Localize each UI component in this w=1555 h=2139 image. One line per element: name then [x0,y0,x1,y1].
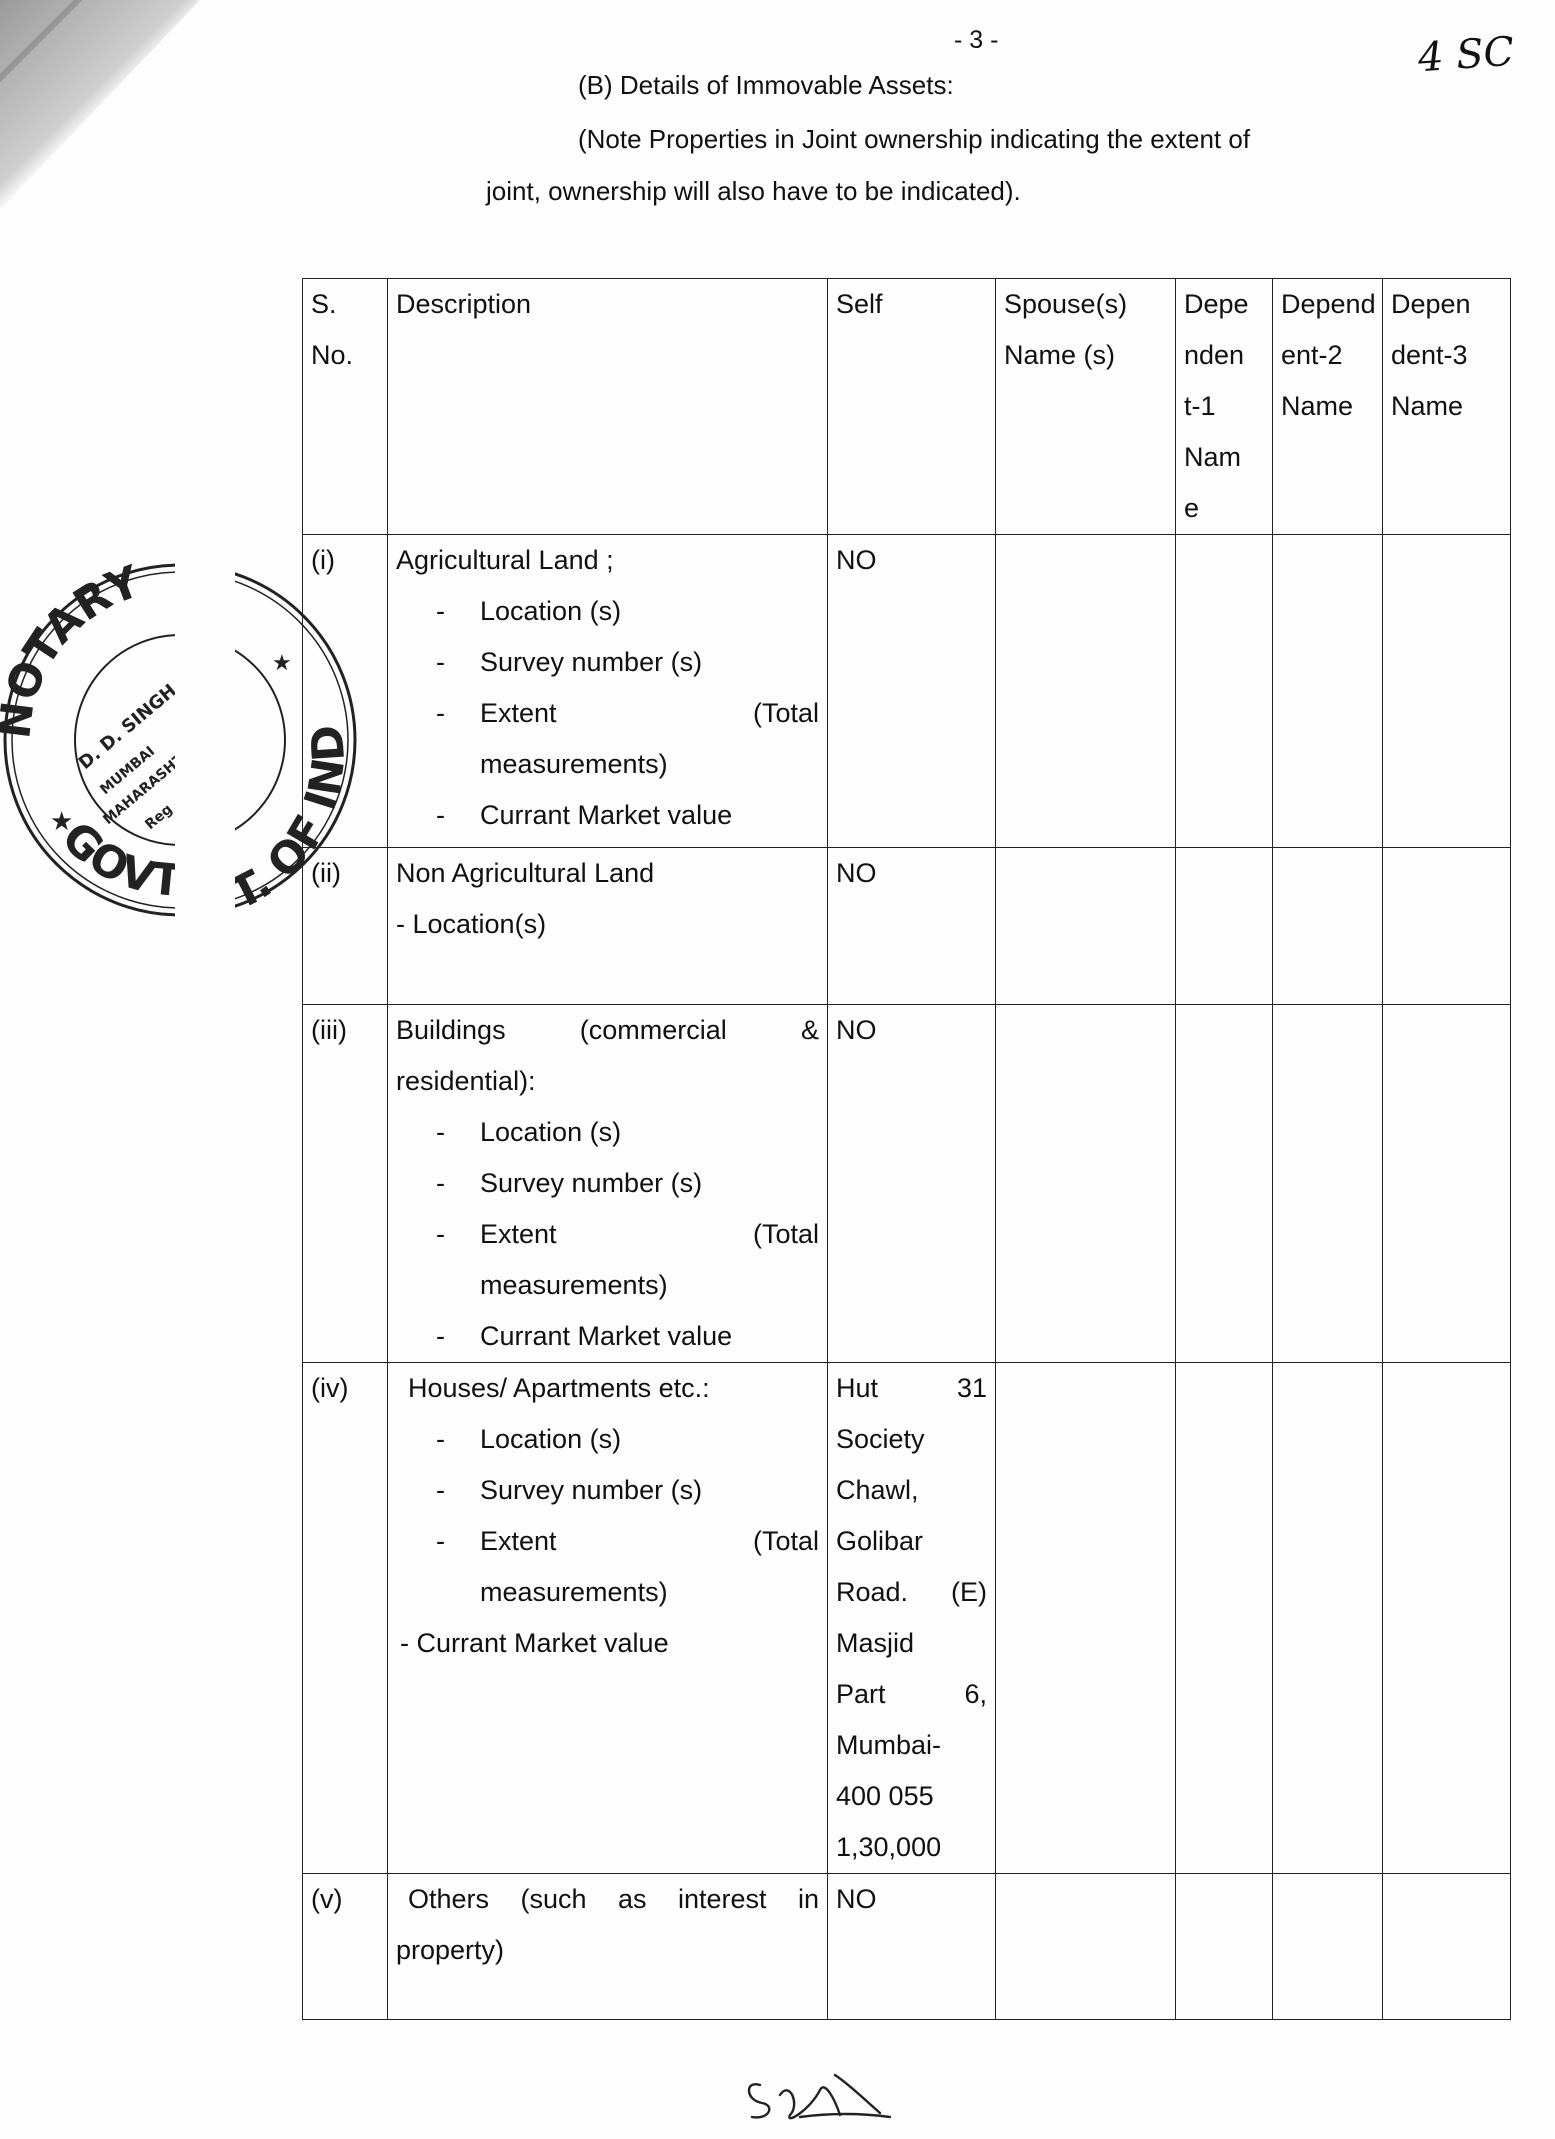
row-dep2-value [1273,1005,1383,1363]
row-dep3-value [1383,535,1511,848]
svg-text:MAHARASHTRA: MAHARASHTRA [100,737,204,828]
table-row: (ii) Non Agricultural Land - Location(s)… [303,848,1511,1005]
row-dep2-value [1273,1363,1383,1874]
row-dep2-value [1273,535,1383,848]
row-sno: (v) [303,1874,388,2020]
row-dep1-value [1176,1005,1273,1363]
header-description: Description [388,279,828,535]
svg-text:Reg: Reg [142,801,175,833]
table-row: (v) Others (such as interest in property… [303,1874,1511,2020]
row-description: Houses/ Apartments etc.: -Location (s) -… [388,1363,828,1874]
section-heading: (B) Details of Immovable Assets: [578,70,954,101]
row-self-value: NO [828,535,996,848]
handwritten-annotation: 4 SC [1417,29,1516,82]
page-number: - 3 - [954,26,998,55]
header-spouse: Spouse(s) Name (s) [996,279,1176,535]
header-dependent-2: Depend ent-2 Name [1273,279,1383,535]
row-dep1-value [1176,535,1273,848]
svg-text:NOTARY: NOTARY [0,556,148,741]
row-self-value: NO [828,848,996,1005]
row-dep2-value [1273,1874,1383,2020]
scan-corner-fold [0,0,200,210]
row-sno: (iv) [303,1363,388,1874]
header-self: Self [828,279,996,535]
note-line-1: (Note Properties in Joint ownership indi… [578,124,1250,155]
svg-text:★: ★ [272,651,292,676]
row-sno: (i) [303,535,388,848]
table-row: (iii) Buildings (commercial & residentia… [303,1005,1511,1363]
row-description: Non Agricultural Land - Location(s) [388,848,828,1005]
svg-text:D. D. SINGH: D. D. SINGH [75,680,181,774]
row-self-value: Hut31 Society Chawl, Golibar Road.(E) Ma… [828,1363,996,1874]
row-dep1-value [1176,848,1273,1005]
signature [740,2055,910,2135]
row-dep3-value [1383,1874,1511,2020]
table-header-row: S. No. Description Self Spouse(s) Name (… [303,279,1511,535]
svg-text:★: ★ [50,807,73,837]
row-spouse-value [996,1005,1176,1363]
row-description: Buildings (commercial & residential): -L… [388,1005,828,1363]
svg-text:GOVT. OF INDIA: GOVT. OF INDIA [0,540,184,907]
header-sno: S. No. [303,279,388,535]
immovable-assets-table: S. No. Description Self Spouse(s) Name (… [302,278,1511,2020]
row-self-value: NO [828,1874,996,2020]
header-dependent-1: Depe nden t-1 Nam e [1176,279,1273,535]
row-dep3-value [1383,1363,1511,1874]
table-row: (i) Agricultural Land ; -Location (s) -S… [303,535,1511,848]
note-line-2: joint, ownership will also have to be in… [486,176,1021,207]
row-dep3-value [1383,848,1511,1005]
header-dependent-3: Depen dent-3 Name [1383,279,1511,535]
row-spouse-value [996,1363,1176,1874]
row-spouse-value [996,848,1176,1005]
row-self-value: NO [828,1005,996,1363]
row-dep2-value [1273,848,1383,1005]
row-dep1-value [1176,1874,1273,2020]
row-spouse-value [996,1874,1176,2020]
table-row: (iv) Houses/ Apartments etc.: -Location … [303,1363,1511,1874]
row-spouse-value [996,535,1176,848]
row-description: Agricultural Land ; -Location (s) -Surve… [388,535,828,848]
row-dep3-value [1383,1005,1511,1363]
row-dep1-value [1176,1363,1273,1874]
row-sno: (ii) [303,848,388,1005]
svg-text:MUMBAI: MUMBAI [97,743,158,798]
row-description: Others (such as interest in property) [388,1874,828,2020]
row-sno: (iii) [303,1005,388,1363]
